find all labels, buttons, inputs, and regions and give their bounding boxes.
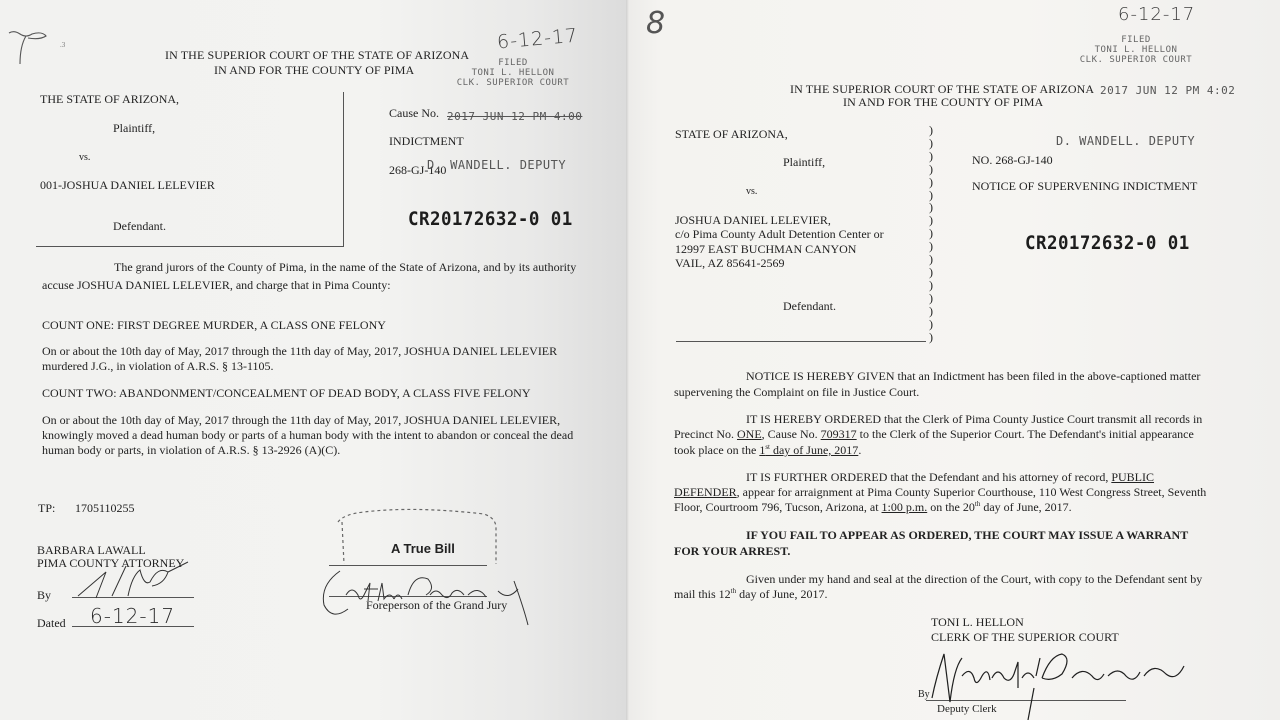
case-number: CR20172632-0 01 (408, 208, 573, 230)
caption-divider (343, 92, 344, 246)
court-header-line2: IN AND FOR THE COUNTY OF PIMA (843, 95, 1043, 109)
court-header-line1: IN THE SUPERIOR COURT OF THE STATE OF AR… (165, 48, 469, 62)
intro-line2: accuse JOSHUA DANIEL LELEVIER, and charg… (42, 278, 391, 292)
notice-line2: supervening the Complaint on file in Jus… (674, 385, 919, 399)
tp-number: 1705110255 (75, 501, 135, 515)
court-header-line1: IN THE SUPERIOR COURT OF THE STATE OF AR… (790, 82, 1094, 96)
given-line2: mail this 12th day of June, 2017. (674, 587, 827, 601)
plaintiff-label: Plaintiff, (783, 155, 825, 169)
caption-bottom-rule (36, 246, 344, 247)
filed-stamp-line2: TONI L. HELLON (448, 68, 578, 78)
attorney-of-record-part2: DEFENDER (674, 485, 737, 499)
justice-cause-number: 709317 (821, 427, 857, 441)
document-type: INDICTMENT (389, 134, 464, 148)
case-number: CR20172632-0 01 (1025, 232, 1190, 254)
order1-line1: IT IS HEREBY ORDERED that the Clerk of P… (746, 412, 1202, 426)
filed-stamp-line1: FILED (448, 58, 578, 68)
deputy-stamp: D. WANDELL. DEPUTY (427, 158, 566, 172)
scan-speck: .3 (60, 38, 65, 52)
attorney-signature (68, 556, 198, 602)
count-one-body-line1: On or about the 10th day of May, 2017 th… (42, 344, 557, 358)
order2-line1: IT IS FURTHER ORDERED that the Defendant… (746, 470, 1154, 484)
handwritten-date: 6-12-17 (1118, 4, 1195, 25)
caption-bottom-rule (676, 341, 926, 342)
given-line1: Given under my hand and seal at the dire… (746, 572, 1202, 586)
notice-page: 8 6-12-17 FILED TONI L. HELLON CLK. SUPE… (626, 0, 1280, 720)
handwritten-mark-icon (6, 28, 50, 68)
count-two-heading: COUNT TWO: ABANDONMENT/CONCEALMENT OF DE… (42, 386, 530, 400)
order1-line3: took place on the 1st day of June, 2017. (674, 443, 861, 457)
defendant-label: Defendant. (783, 299, 836, 313)
filed-stamp: FILED TONI L. HELLON CLK. SUPERIOR COURT (448, 58, 578, 88)
plaintiff-name: STATE OF ARIZONA, (675, 127, 788, 141)
indictment-page: .3 IN THE SUPERIOR COURT OF THE STATE OF… (0, 0, 626, 720)
arraignment-time: 1:00 p.m. (882, 500, 928, 514)
filed-stamp: FILED TONI L. HELLON CLK. SUPERIOR COURT (1074, 35, 1198, 65)
defendant-address-line1: c/o Pima County Adult Detention Center o… (675, 227, 884, 241)
order2-line1-pre: IT IS FURTHER ORDERED that the Defendant… (746, 470, 1111, 484)
handwritten-date: 6-12-17 (496, 25, 579, 54)
order2-line2-post: , appear for arraignment at Pima County … (737, 485, 1207, 499)
filed-stamp-line3: CLK. SUPERIOR COURT (448, 78, 578, 88)
defendant-address-line3: VAIL, AZ 85641-2569 (675, 256, 784, 270)
count-two-body-line3: human body or parts, in violation of A.R… (42, 443, 340, 457)
vs-label: vs. (746, 185, 757, 199)
given-line2-pre: mail this 12 (674, 587, 731, 601)
order2-line3-pre: Floor, Courtroom 796, Tucson, Arizona, a… (674, 500, 882, 514)
defendant-address-line2: 12997 EAST BUCHMAN CANYON (675, 242, 856, 256)
plaintiff-name: THE STATE OF ARIZONA, (40, 92, 179, 106)
filed-timestamp: 2017 JUN 12 PM 4:02 (1100, 84, 1235, 97)
grand-jury-number: NO. 268-GJ-140 (972, 153, 1053, 167)
tp-label: TP: (38, 501, 55, 515)
count-two-body-line1: On or about the 10th day of May, 2017 th… (42, 413, 560, 427)
intro-line1: The grand jurors of the County of Pima, … (114, 260, 576, 274)
filed-timestamp: 2017 JUN 12 PM 4:00 (447, 110, 582, 123)
handwritten-mark: 8 (646, 6, 666, 41)
order1-line3-pre: took place on the (674, 443, 759, 457)
attorney-of-record-part1: PUBLIC (1111, 470, 1154, 484)
deputy-clerk-label: Deputy Clerk (937, 702, 997, 716)
initial-appearance-date: 1st day of June, 2017 (759, 443, 858, 457)
appearance-rest: day of June, 2017 (770, 443, 858, 457)
deputy-stamp: D. WANDELL. DEPUTY (1056, 134, 1195, 148)
filed-stamp-line1: FILED (1074, 35, 1198, 45)
vs-label: vs. (79, 151, 90, 165)
foreperson-label: Foreperson of the Grand Jury (366, 598, 507, 612)
warning-line2: FOR YOUR ARREST. (674, 544, 790, 558)
plaintiff-label: Plaintiff, (113, 121, 155, 135)
defendant-name: JOSHUA DANIEL LELEVIER, (675, 213, 831, 227)
filed-stamp-line2: TONI L. HELLON (1074, 45, 1198, 55)
order1-line2-pre: Precinct No. (674, 427, 737, 441)
attorney-name: BARBARA LAWALL (37, 543, 146, 557)
filed-stamp-line3: CLK. SUPERIOR COURT (1074, 55, 1198, 65)
defendant-name: 001-JOSHUA DANIEL LELEVIER (40, 178, 215, 192)
count-one-body-line2: murdered J.G., in violation of A.R.S. § … (42, 359, 274, 373)
count-two-body-line2: knowingly moved a dead human body or par… (42, 428, 573, 442)
order2-line3-mid: on the 20 (927, 500, 975, 514)
order1-line3-post: . (858, 443, 861, 457)
order1-line2-post: to the Clerk of the Superior Court. The … (857, 427, 1194, 441)
caption-parentheses: ) ) ) ) ) ) ) ) ) ) ) ) ) ) ) ) ) (929, 124, 933, 343)
clerk-title: CLERK OF THE SUPERIOR COURT (931, 630, 1119, 644)
document-type: NOTICE OF SUPERVENING INDICTMENT (972, 179, 1197, 193)
clerk-name: TONI L. HELLON (931, 615, 1024, 629)
dated-label: Dated (37, 616, 66, 630)
true-bill-stamp-border (334, 508, 502, 568)
precinct-number: ONE (737, 427, 762, 441)
count-one-heading: COUNT ONE: FIRST DEGREE MURDER, A CLASS … (42, 318, 386, 332)
order2-line3: Floor, Courtroom 796, Tucson, Arizona, a… (674, 500, 1072, 514)
dated-value: 6-12-17 (90, 604, 175, 628)
order2-line2: DEFENDER, appear for arraignment at Pima… (674, 485, 1206, 499)
by-label: By (37, 588, 51, 602)
order2-line3-post: day of June, 2017. (980, 500, 1071, 514)
order1-line2-mid: , Cause No. (762, 427, 821, 441)
defendant-label: Defendant. (113, 219, 166, 233)
given-line2-post: day of June, 2017. (736, 587, 827, 601)
order1-line2: Precinct No. ONE, Cause No. 709317 to th… (674, 427, 1194, 441)
warning-line1: IF YOU FAIL TO APPEAR AS ORDERED, THE CO… (746, 528, 1188, 542)
notice-line1: NOTICE IS HEREBY GIVEN that an Indictmen… (746, 369, 1200, 383)
true-bill-stamp: A True Bill (391, 542, 455, 556)
court-header-line2: IN AND FOR THE COUNTY OF PIMA (214, 63, 414, 77)
cause-number-label: Cause No. (389, 106, 439, 120)
